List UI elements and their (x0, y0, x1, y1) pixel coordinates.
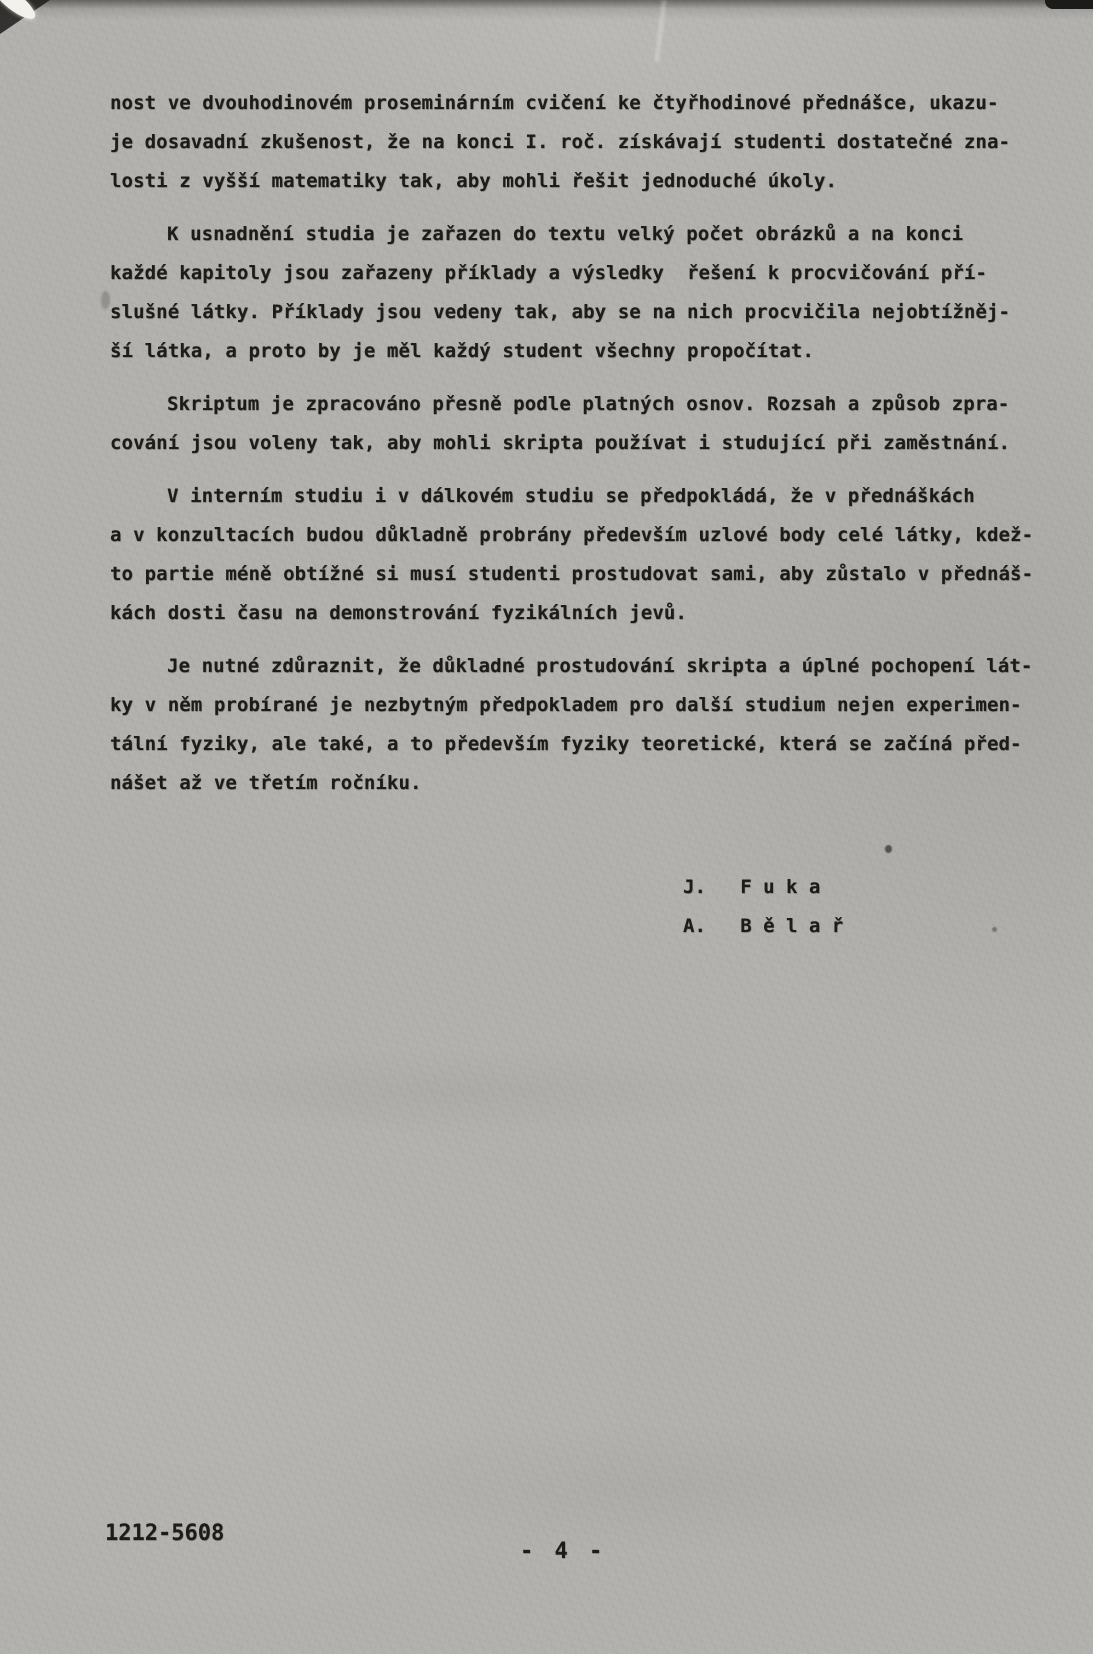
signature-author-1: J. F u k a (683, 868, 843, 907)
scan-corner-artifact (1045, 0, 1093, 9)
paragraph: V interním studiu i v dálkovém studiu se… (110, 477, 1040, 633)
print-code: 1212-5608 (105, 1521, 224, 1546)
text-line: tální fyziky, ale také, a to především f… (110, 725, 1040, 764)
paragraph: nost ve dvouhodinovém proseminárním cvič… (110, 84, 1040, 201)
text-line: K usnadnění studia je zařazen do textu v… (110, 215, 1040, 254)
text-line: ší látka, a proto by je měl každý studen… (110, 332, 1040, 371)
paper-crease (654, 0, 667, 62)
text-line: Je nutné zdůraznit, že důkladné prostudo… (110, 647, 1040, 686)
scanned-page: nost ve dvouhodinovém proseminárním cvič… (0, 0, 1093, 1654)
text-line: cování jsou voleny tak, aby mohli skript… (110, 424, 1040, 463)
text-line: slušné látky. Příklady jsou vedeny tak, … (110, 293, 1040, 332)
text-line: kách dosti času na demonstrování fyzikál… (110, 594, 1040, 633)
ink-speckle (885, 845, 892, 853)
document-body: nost ve dvouhodinovém proseminárním cvič… (110, 84, 1040, 803)
text-line: každé kapitoly jsou zařazeny příklady a … (110, 254, 1040, 293)
ink-smudge (101, 291, 110, 309)
signature-block: J. F u k a A. B ě l a ř (683, 868, 843, 946)
page-number: - 4 - (520, 1539, 606, 1564)
text-line: nost ve dvouhodinovém proseminárním cvič… (110, 84, 1040, 123)
paragraph: Je nutné zdůraznit, že důkladné prostudo… (110, 647, 1040, 803)
ink-speckle (992, 927, 997, 932)
text-line: to partie méně obtížné si musí studenti … (110, 555, 1040, 594)
paragraph: Skriptum je zpracováno přesně podle plat… (110, 385, 1040, 463)
text-line: losti z vyšší matematiky tak, aby mohli … (110, 162, 1040, 201)
text-line: ky v něm probírané je nezbytným předpokl… (110, 686, 1040, 725)
text-line: a v konzultacích budou důkladně probrány… (110, 516, 1040, 555)
text-line: Skriptum je zpracováno přesně podle plat… (110, 385, 1040, 424)
text-line: V interním studiu i v dálkovém studiu se… (110, 477, 1040, 516)
text-line: je dosavadní zkušenost, že na konci I. r… (110, 123, 1040, 162)
signature-author-2: A. B ě l a ř (683, 907, 843, 946)
text-line: nášet až ve třetím ročníku. (110, 764, 1040, 803)
paragraph: K usnadnění studia je zařazen do textu v… (110, 215, 1040, 371)
scan-top-shadow (0, 0, 1093, 20)
